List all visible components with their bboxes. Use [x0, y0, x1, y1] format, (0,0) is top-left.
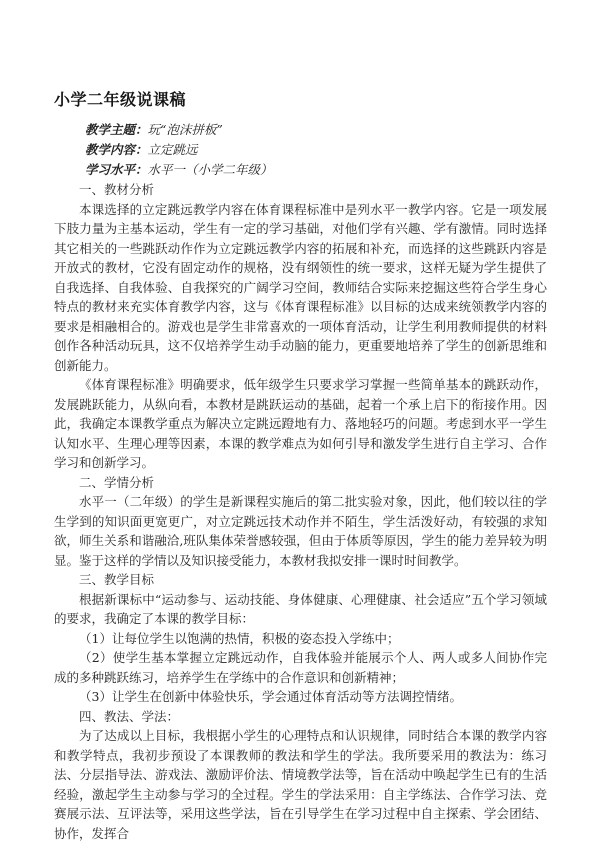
paragraph: 为了达成以上目标，我根据小学生的心理特点和认识规律，同时结合本课的教学内容和教学…	[54, 726, 547, 843]
section-heading: 一、教材分析	[54, 180, 547, 200]
paragraph: 《体育课程标准》明确要求，低年级学生只要求学习掌握一些简单基本的跳跃动作，发展跳…	[54, 375, 547, 473]
meta-label: 教学主题：	[85, 122, 148, 137]
meta-row-content: 教学内容：立定跳远	[54, 140, 547, 160]
meta-block: 教学主题：玩“泡沫拼板” 教学内容：立定跳远 学习水平：水平一（小学二年级）	[54, 120, 547, 180]
section-student-analysis: 二、学情分析 水平一（二年级）的学生是新课程实施后的第二批实验对象，因此，他们较…	[54, 473, 547, 571]
section-material-analysis: 一、教材分析 本课选择的立定跳远教学内容在体育课程标准中是列水平一教学内容。它是…	[54, 180, 547, 473]
section-heading: 四、教法、学法：	[54, 707, 547, 727]
document-page: 小学二年级说课稿 教学主题：玩“泡沫拼板” 教学内容：立定跳远 学习水平：水平一…	[0, 0, 600, 850]
document-title: 小学二年级说课稿	[54, 90, 547, 110]
paragraph-goal-2: （2）使学生基本掌握立定跳远动作，自我体验并能展示个人、两人或多人间协作完成的多…	[54, 648, 547, 687]
section-heading: 二、学情分析	[54, 473, 547, 493]
meta-label: 学习水平：	[85, 162, 148, 177]
paragraph: 根据新课标中“运动参与、运动技能、身体健康、心理健康、社会适应”五个学习领域的要…	[54, 590, 547, 629]
section-teaching-goals: 三、教学目标 根据新课标中“运动参与、运动技能、身体健康、心理健康、社会适应”五…	[54, 570, 547, 707]
paragraph-goal-3: （3）让学生在创新中体验快乐，学会通过体育活动等方法调控情绪。	[54, 687, 547, 707]
paragraph: 水平一（二年级）的学生是新课程实施后的第二批实验对象，因此，他们较以往的学生学到…	[54, 492, 547, 570]
meta-label: 教学内容：	[85, 142, 148, 157]
meta-row-topic: 教学主题：玩“泡沫拼板”	[54, 120, 547, 140]
paragraph: 本课选择的立定跳远教学内容在体育课程标准中是列水平一教学内容。它是一项发展下肢力…	[54, 200, 547, 376]
paragraph-goal-1: （1）让每位学生以饱满的热情，积极的姿态投入学练中；	[54, 629, 547, 649]
meta-value: 立定跳远	[148, 142, 198, 157]
section-heading: 三、教学目标	[54, 570, 547, 590]
meta-value: 玩“泡沫拼板”	[148, 122, 223, 137]
meta-value: 水平一（小学二年级）	[148, 162, 273, 177]
meta-row-level: 学习水平：水平一（小学二年级）	[54, 160, 547, 180]
section-methods: 四、教法、学法： 为了达成以上目标，我根据小学生的心理特点和认识规律，同时结合本…	[54, 707, 547, 844]
